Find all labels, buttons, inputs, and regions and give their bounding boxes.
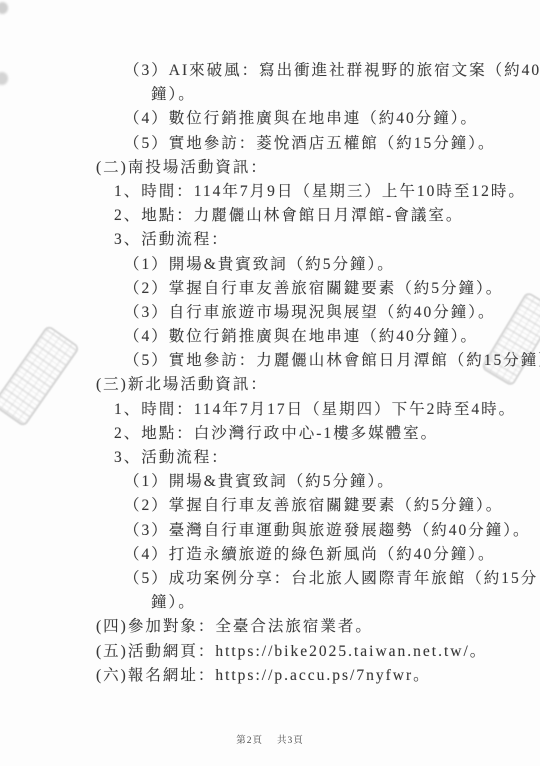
document-line: (五)活動網頁：https://bike2025.taiwan.net.tw/。 (0, 640, 540, 664)
document-line: 鐘）。 (0, 83, 540, 107)
document-line: （3）臺灣自行車運動與旅遊發展趨勢（約40分鐘）。 (0, 519, 540, 543)
document-line: 3、活動流程： (0, 446, 540, 470)
document-text-block: （3）AI來破風：寫出衝進社群視野的旅宿文案（約40分鐘）。（4）數位行銷推廣與… (0, 59, 540, 688)
document-line: 1、時間：114年7月9日（星期三）上午10時至12時。 (0, 180, 540, 204)
document-line: 2、地點：力麗儷山林會館日月潭館-會議室。 (0, 204, 540, 228)
page-number-label: 第2頁 (236, 732, 263, 746)
document-line: （5）成功案例分享：台北旅人國際青年旅館（約15分 (0, 567, 540, 591)
document-line: （5）實地參訪：菱悅酒店五權館（約15分鐘）。 (0, 132, 540, 156)
scan-artifact-top-left (0, 2, 8, 14)
document-line: (六)報名網址：https://p.accu.ps/7nyfwr。 (0, 664, 540, 688)
total-pages-label: 共3頁 (277, 732, 304, 746)
document-line: （4）打造永續旅遊的綠色新風尚（約40分鐘）。 (0, 543, 540, 567)
scanned-document-page: （3）AI來破風：寫出衝進社群視野的旅宿文案（約40分鐘）。（4）數位行銷推廣與… (0, 0, 540, 766)
document-line: 2、地點：白沙灣行政中心-1樓多媒體室。 (0, 422, 540, 446)
document-line: （2）掌握自行車友善旅宿關鍵要素（約5分鐘）。 (0, 494, 540, 518)
document-line: （1）開場&貴賓致詞（約5分鐘）。 (0, 470, 540, 494)
document-line: 鐘）。 (0, 591, 540, 615)
document-line: （3）AI來破風：寫出衝進社群視野的旅宿文案（約40分 (0, 59, 540, 83)
document-line: （4）數位行銷推廣與在地串連（約40分鐘）。 (0, 107, 540, 131)
document-line: （4）數位行銷推廣與在地串連（約40分鐘）。 (0, 325, 540, 349)
document-line: (四)參加對象：全臺合法旅宿業者。 (0, 615, 540, 639)
document-line: (二)南投場活動資訊： (0, 156, 540, 180)
document-line: 3、活動流程： (0, 228, 540, 252)
document-line: 1、時間：114年7月17日（星期四）下午2時至4時。 (0, 398, 540, 422)
document-line: （3）自行車旅遊市場現況與展望（約40分鐘）。 (0, 301, 540, 325)
page-footer: 第2頁共3頁 (0, 732, 540, 746)
document-line: （5）實地參訪：力麗儷山林會館日月潭館（約15分鐘）。 (0, 349, 540, 373)
document-line: （2）掌握自行車友善旅宿關鍵要素（約5分鐘）。 (0, 277, 540, 301)
document-line: (三)新北場活動資訊： (0, 373, 540, 397)
document-line: （1）開場&貴賓致詞（約5分鐘）。 (0, 253, 540, 277)
